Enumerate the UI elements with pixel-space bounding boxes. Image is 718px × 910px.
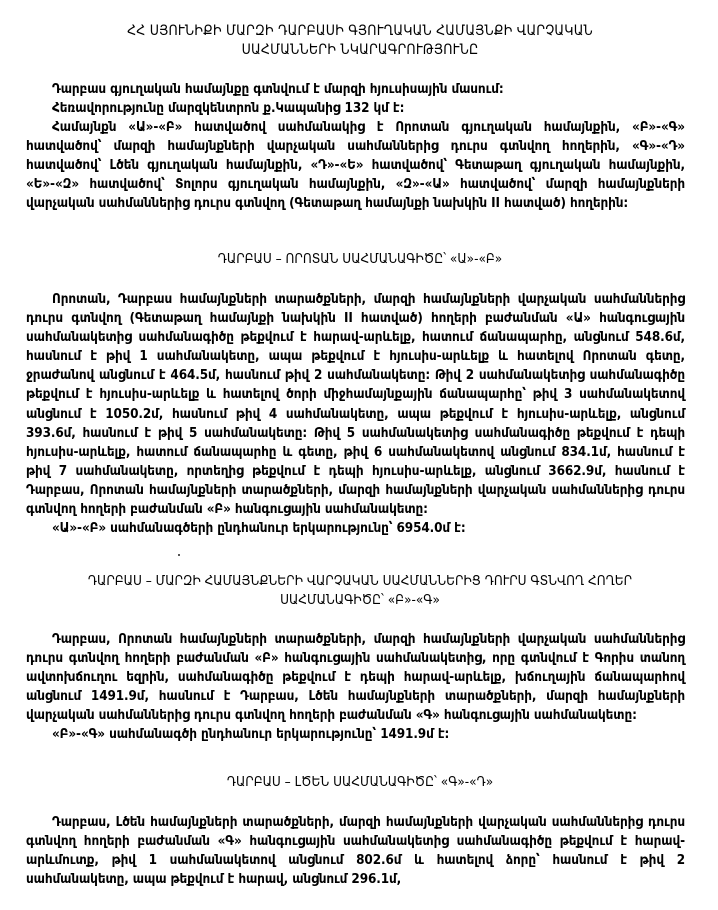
- section3-text: Դարբաս, Լծեն համայնքների տարածքների, մար…: [26, 813, 685, 889]
- section2-heading-line-2: ՍԱՀՄԱՆԱԳԻԾԸ՝ «Բ»-«Գ»: [30, 591, 690, 610]
- document-page: ՀՀ ՍՅՈՒՆԻՔԻ ՄԱՐԶԻ ԴԱՐԲԱՍԻ ԳՅՈՒՂԱԿԱՆ ՀԱՄԱ…: [0, 0, 718, 910]
- section1-heading: ԴԱՐԲԱՍ – ՈՐՈՏԱՆ ՍԱՀՄԱՆԱԳԻԾԸ՝ «Ա»-«Բ»: [30, 250, 690, 269]
- title-line-1: ՀՀ ՍՅՈՒՆԻՔԻ ՄԱՐԶԻ ԴԱՐԲԱՍԻ ԳՅՈՒՂԱԿԱՆ ՀԱՄԱ…: [40, 22, 680, 41]
- intro-section: Դարբաս գյուղական համայնքը գտնվում է մարզ…: [52, 80, 685, 118]
- section1-text: Որոտան, Դարբաս համայնքների տարածքների, մ…: [26, 290, 685, 519]
- section2-body: Դարբաս, Որոտան համայնքների տարածքների, մ…: [26, 630, 685, 745]
- section2-total: «Բ»-«Գ» սահմանագծի ընդհանուր երկարությու…: [26, 725, 685, 744]
- section1-body: Որոտան, Դարբաս համայնքների տարածքների, մ…: [26, 290, 685, 538]
- document-title: ՀՀ ՍՅՈՒՆԻՔԻ ՄԱՐԶԻ ԴԱՐԲԱՍԻ ԳՅՈՒՂԱԿԱՆ ՀԱՄԱ…: [40, 22, 680, 60]
- intro-neighbors-text: Համայնքն «Ա»-«Բ» հատվածով սահմանակից է Ո…: [26, 118, 685, 213]
- section2-heading: ԴԱՐԲԱՍ – ՄԱՐԶԻ ՀԱՄԱՅՆՔՆԵՐԻ ՎԱՐՉԱԿԱՆ ՍԱՀՄ…: [30, 572, 690, 610]
- title-line-2: ՍԱՀՄԱՆՆԵՐԻ ՆԿԱՐԱԳՐՈՒԹՅՈՒՆԸ: [40, 41, 680, 60]
- section3-body: Դարբաս, Լծեն համայնքների տարածքների, մար…: [26, 813, 685, 889]
- intro-distance: Հեռավորությունը մարզկենտրոն ք.Կապանից 13…: [52, 99, 685, 118]
- intro-neighbors: Համայնքն «Ա»-«Բ» հատվածով սահմանակից է Ո…: [26, 118, 685, 213]
- section1-total: «Ա»-«Բ» սահմանագծերի ընդհանուր երկարությ…: [26, 519, 685, 538]
- section2-heading-line-1: ԴԱՐԲԱՍ – ՄԱՐԶԻ ՀԱՄԱՅՆՔՆԵՐԻ ՎԱՐՉԱԿԱՆ ՍԱՀՄ…: [30, 572, 690, 591]
- scan-speck: [178, 554, 180, 556]
- section2-text: Դարբաս, Որոտան համայնքների տարածքների, մ…: [26, 630, 685, 725]
- intro-location: Դարբաս գյուղական համայնքը գտնվում է մարզ…: [52, 80, 685, 99]
- section3-heading: ԴԱՐԲԱՍ – ԼԾԵՆ ՍԱՀՄԱՆԱԳԻԾԸ՝ «Գ»-«Դ»: [30, 773, 690, 792]
